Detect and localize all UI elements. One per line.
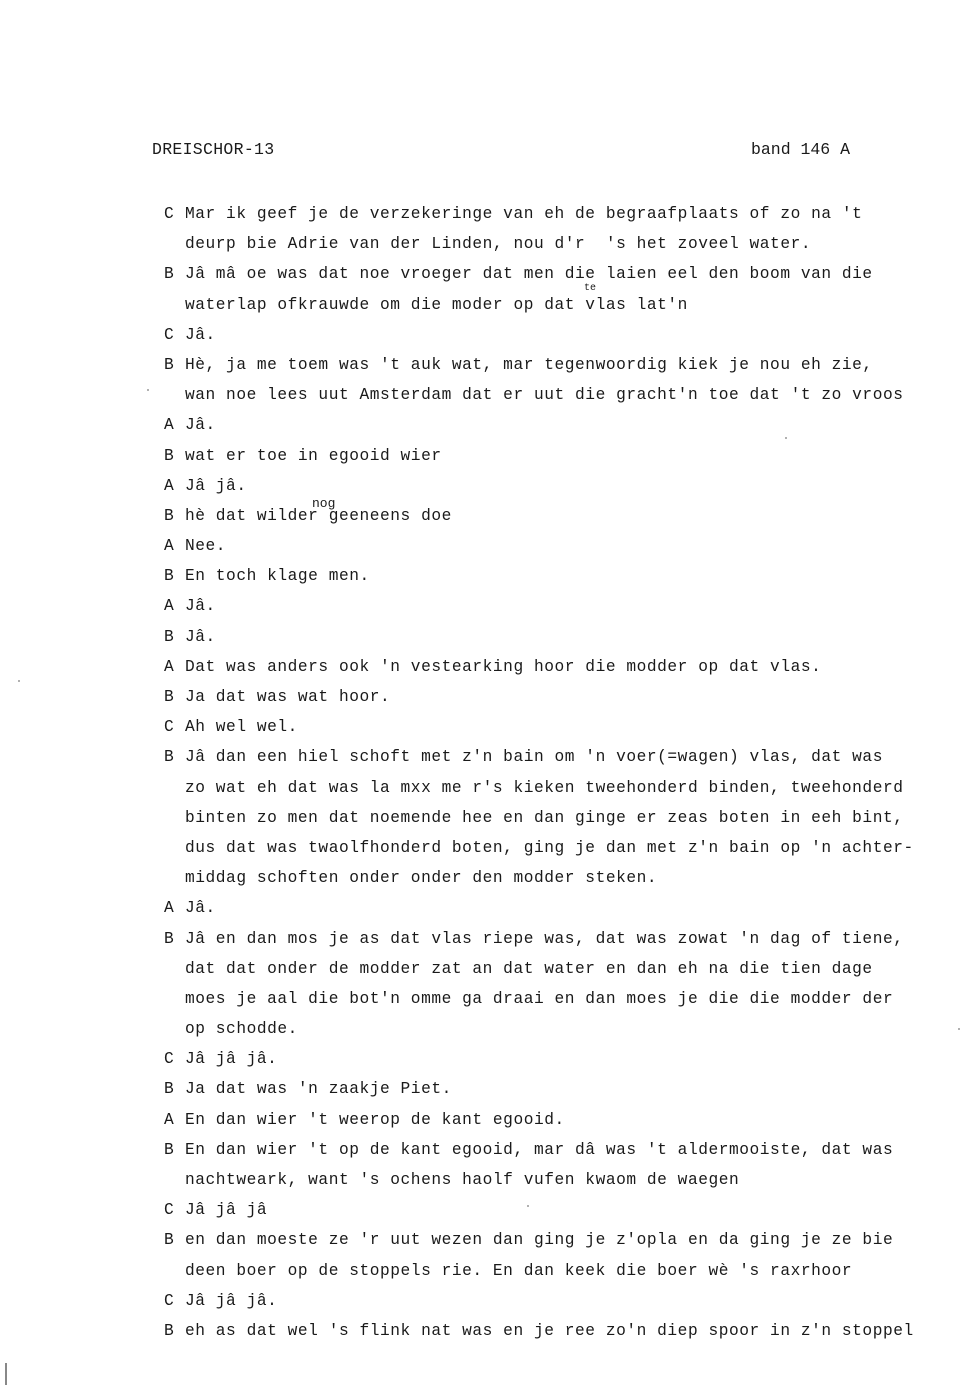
- speaker-label: B: [164, 742, 185, 772]
- speaker-turn: CAh wel wel.: [164, 712, 954, 742]
- speaker-label: B: [164, 501, 185, 531]
- continuation-line: deurp bie Adrie van der Linden, nou d'r …: [164, 229, 954, 259]
- speaker-turn: AEn dan wier 't weerop de kant egooid.: [164, 1105, 954, 1135]
- continuation-line: middag schoften onder onder den modder s…: [164, 863, 954, 893]
- speaker-label: A: [164, 410, 185, 440]
- speaker-turn: ADat was anders ook 'n vestearking hoor …: [164, 652, 954, 682]
- utterance-text: En toch klage men.: [185, 567, 370, 585]
- speaker-turn: ANee.: [164, 531, 954, 561]
- speaker-turn: BEn dan wier 't op de kant egooid, mar d…: [164, 1135, 954, 1165]
- utterance-text: deen boer op de stoppels rie. En dan kee…: [185, 1262, 852, 1280]
- utterance-text: wan noe lees uut Amsterdam dat er uut di…: [185, 386, 904, 404]
- typescript-page: DREISCHOR-13 band 146 A CMar ik geef je …: [0, 0, 979, 1390]
- utterance-text: eh as dat wel 's flink nat was en je ree…: [185, 1322, 914, 1340]
- speaker-label: B: [164, 1074, 185, 1104]
- utterance-text: Hè, ja me toem was 't auk wat, mar tegen…: [185, 356, 873, 374]
- continuation-line: wan noe lees uut Amsterdam dat er uut di…: [164, 380, 954, 410]
- utterance-text: op schodde.: [185, 1020, 298, 1038]
- speaker-turn: CMar ik geef je de verzekeringe van eh d…: [164, 199, 954, 229]
- utterance-text: Mar ik geef je de verzekeringe van eh de…: [185, 205, 862, 223]
- transcript: CMar ik geef je de verzekeringe van eh d…: [164, 199, 954, 1346]
- utterance-text: Jâ.: [185, 597, 216, 615]
- utterance-text: binten zo men dat noemende hee en dan gi…: [185, 809, 904, 827]
- speaker-turn: BJâ mâ oe was dat noe vroeger dat men di…: [164, 259, 954, 289]
- speaker-label: C: [164, 1286, 185, 1316]
- speaker-turn: BJâ en dan mos je as dat vlas riepe was,…: [164, 924, 954, 954]
- speaker-turn: CJâ jâ jâ.: [164, 1286, 954, 1316]
- speaker-label: A: [164, 652, 185, 682]
- utterance-text: En dan wier 't weerop de kant egooid.: [185, 1111, 565, 1129]
- utterance-text: dus dat was twaolfhonderd boten, ging je…: [185, 839, 914, 857]
- utterance-text: nachtweark, want 's ochens haolf vufen k…: [185, 1171, 739, 1189]
- speaker-turn: AJâ.: [164, 591, 954, 621]
- utterance-text: Jâ en dan mos je as dat vlas riepe was, …: [185, 930, 904, 948]
- speaker-turn: BJâ dan een hiel schoft met z'n bain om …: [164, 742, 954, 772]
- continuation-line: waterlap ofkrauwde om die moder op dat v…: [164, 290, 954, 320]
- utterance-text: moes je aal die bot'n omme ga draai en d…: [185, 990, 893, 1008]
- utterance-text: waterlap ofkrauwde om die moder op dat v…: [185, 296, 688, 314]
- speaker-label: A: [164, 1105, 185, 1135]
- utterance-text: En dan wier 't op de kant egooid, mar dâ…: [185, 1141, 893, 1159]
- speaker-label: B: [164, 682, 185, 712]
- speaker-turn: BJâ.: [164, 622, 954, 652]
- utterance-text: Jâ.: [185, 416, 216, 434]
- utterance-text: middag schoften onder onder den modder s…: [185, 869, 657, 887]
- utterance-text: wat er toe in egooid wier: [185, 447, 442, 465]
- utterance-text: Jâ jâ.: [185, 477, 247, 495]
- speaker-label: B: [164, 1135, 185, 1165]
- utterance-text: Jâ dan een hiel schoft met z'n bain om '…: [185, 748, 883, 766]
- continuation-line: op schodde.: [164, 1014, 954, 1044]
- utterance-text: Jâ mâ oe was dat noe vroeger dat men die…: [185, 265, 873, 283]
- speaker-turn: CJâ jâ jâ.: [164, 1044, 954, 1074]
- utterance-text: Jâ jâ jâ.: [185, 1050, 277, 1068]
- continuation-line: deen boer op de stoppels rie. En dan kee…: [164, 1256, 954, 1286]
- utterance-text: Dat was anders ook 'n vestearking hoor d…: [185, 658, 821, 676]
- speaker-turn: AJâ.: [164, 893, 954, 923]
- margin-mark: [5, 1363, 7, 1385]
- utterance-text: Jâ.: [185, 326, 216, 344]
- speaker-label: B: [164, 1225, 185, 1255]
- speaker-turn: Bhè dat wilder geeneens doe: [164, 501, 954, 531]
- speck: [147, 389, 149, 391]
- speck: [18, 680, 20, 682]
- speaker-turn: Bwat er toe in egooid wier: [164, 441, 954, 471]
- speaker-label: A: [164, 531, 185, 561]
- utterance-text: Ja dat was 'n zaakje Piet.: [185, 1080, 452, 1098]
- continuation-line: moes je aal die bot'n omme ga draai en d…: [164, 984, 954, 1014]
- speaker-label: B: [164, 1316, 185, 1346]
- speaker-turn: BJa dat was wat hoor.: [164, 682, 954, 712]
- utterance-text: deurp bie Adrie van der Linden, nou d'r …: [185, 235, 811, 253]
- speaker-label: A: [164, 471, 185, 501]
- continuation-line: dat dat onder de modder zat an dat water…: [164, 954, 954, 984]
- speaker-label: B: [164, 441, 185, 471]
- document-id: DREISCHOR-13: [152, 140, 274, 159]
- speaker-turn: BJa dat was 'n zaakje Piet.: [164, 1074, 954, 1104]
- speaker-label: A: [164, 893, 185, 923]
- utterance-text: Ah wel wel.: [185, 718, 298, 736]
- continuation-line: binten zo men dat noemende hee en dan gi…: [164, 803, 954, 833]
- speaker-turn: CJâ jâ jâ: [164, 1195, 954, 1225]
- speaker-label: C: [164, 712, 185, 742]
- speaker-turn: BHè, ja me toem was 't auk wat, mar tege…: [164, 350, 954, 380]
- speaker-label: B: [164, 350, 185, 380]
- utterance-text: dat dat onder de modder zat an dat water…: [185, 960, 873, 978]
- speck: [785, 437, 787, 439]
- continuation-line: zo wat eh dat was la mxx me r's kieken t…: [164, 773, 954, 803]
- continuation-line: nachtweark, want 's ochens haolf vufen k…: [164, 1165, 954, 1195]
- speaker-label: C: [164, 199, 185, 229]
- utterance-text: zo wat eh dat was la mxx me r's kieken t…: [185, 779, 904, 797]
- utterance-text: en dan moeste ze 'r uut wezen dan ging j…: [185, 1231, 893, 1249]
- speck: [527, 1205, 529, 1207]
- speaker-turn: CJâ.: [164, 320, 954, 350]
- continuation-line: dus dat was twaolfhonderd boten, ging je…: [164, 833, 954, 863]
- speaker-label: C: [164, 320, 185, 350]
- speaker-label: B: [164, 924, 185, 954]
- speaker-label: B: [164, 259, 185, 289]
- speaker-label: A: [164, 591, 185, 621]
- speaker-turn: Ben dan moeste ze 'r uut wezen dan ging …: [164, 1225, 954, 1255]
- insertion-nog: nog: [312, 497, 335, 510]
- speaker-turn: Beh as dat wel 's flink nat was en je re…: [164, 1316, 954, 1346]
- utterance-text: Jâ jâ jâ.: [185, 1292, 277, 1310]
- speaker-label: C: [164, 1044, 185, 1074]
- speaker-label: B: [164, 561, 185, 591]
- speaker-turn: AJâ.: [164, 410, 954, 440]
- utterance-text: Jâ.: [185, 899, 216, 917]
- speaker-turn: BEn toch klage men.: [164, 561, 954, 591]
- speaker-label: B: [164, 622, 185, 652]
- speaker-turn: AJâ jâ.: [164, 471, 954, 501]
- utterance-text: Jâ.: [185, 628, 216, 646]
- utterance-text: Nee.: [185, 537, 226, 555]
- speck: [958, 1028, 960, 1030]
- insertion-te: te: [584, 282, 596, 295]
- utterance-text: Ja dat was wat hoor.: [185, 688, 390, 706]
- speaker-label: C: [164, 1195, 185, 1225]
- tape-label: band 146 A: [751, 140, 850, 159]
- utterance-text: Jâ jâ jâ: [185, 1201, 267, 1219]
